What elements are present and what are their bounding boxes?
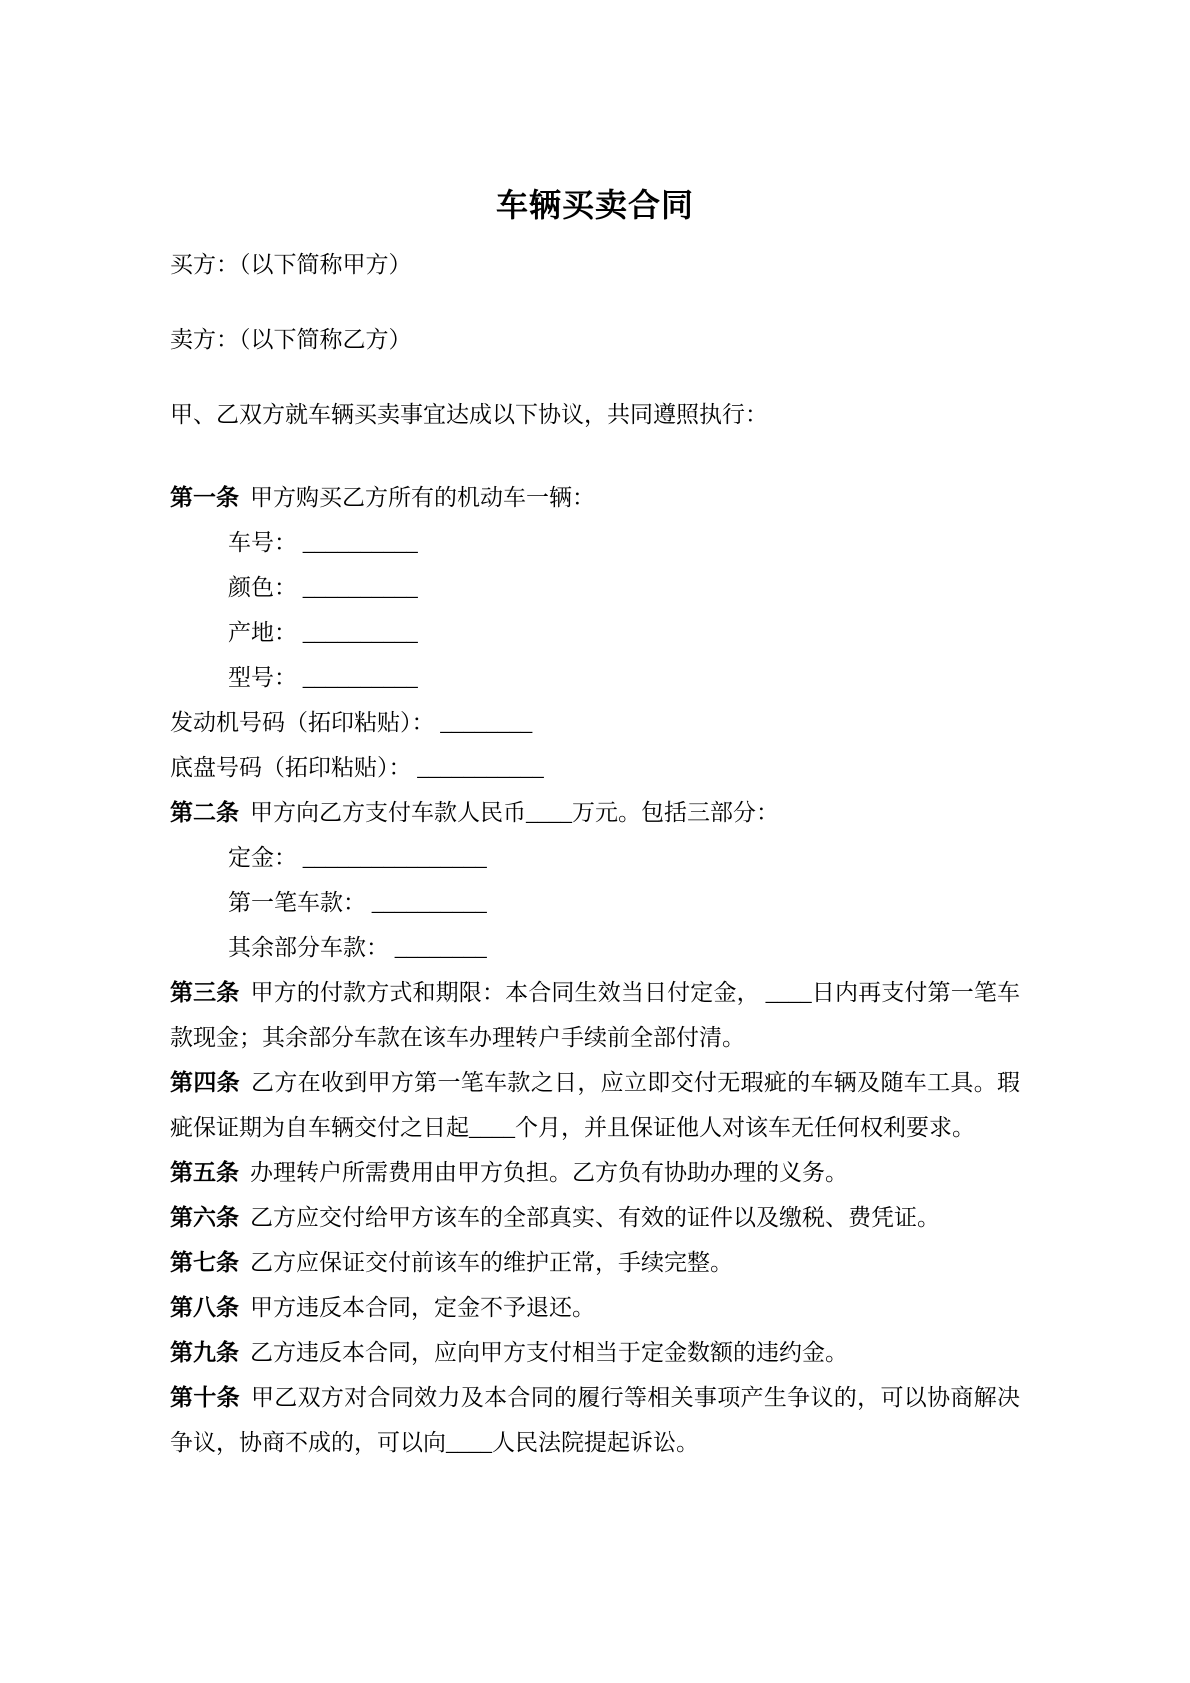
field-engine-number-text: 发动机号码（拓印粘贴）： ________ <box>170 710 532 735</box>
clause-9: 第九条乙方违反本合同，应向甲方支付相当于定金数额的违约金。 <box>170 1330 1020 1375</box>
clause-4: 第四条乙方在收到甲方第一笔车款之日，应立即交付无瑕疵的车辆及随车工具。瑕疵保证期… <box>170 1060 1020 1150</box>
document-content: 车辆买卖合同 买方：（以下简称甲方） 卖方：（以下简称乙方） 甲、乙双方就车辆买… <box>0 0 1190 1465</box>
field-first-payment: 第一笔车款： __________ <box>170 880 1020 925</box>
clause-10-head: 第十条 <box>170 1385 240 1410</box>
contract-document-page: 车辆买卖合同 买方：（以下简称甲方） 卖方：（以下简称乙方） 甲、乙双方就车辆买… <box>0 0 1190 1683</box>
field-origin-text: 产地： __________ <box>228 620 418 645</box>
field-model: 型号： __________ <box>170 655 1020 700</box>
field-remaining-payment: 其余部分车款： ________ <box>170 925 1020 970</box>
clause-3-text: 甲方的付款方式和期限：本合同生效当日付定金， ____日内再支付第一笔车款现金；… <box>170 980 1020 1050</box>
clause-1: 第一条甲方购买乙方所有的机动车一辆： <box>170 475 1020 520</box>
preamble-text: 甲、乙双方就车辆买卖事宜达成以下协议，共同遵照执行： <box>170 402 768 427</box>
clause-8-head: 第八条 <box>170 1295 239 1320</box>
clause-7-text: 乙方应保证交付前该车的维护正常，手续完整。 <box>250 1250 733 1275</box>
clause-1-text: 甲方购买乙方所有的机动车一辆： <box>250 485 595 510</box>
clause-5-text: 办理转户所需费用由甲方负担。乙方负有协助办理的义务。 <box>250 1160 848 1185</box>
clause-2-head: 第二条 <box>170 800 239 825</box>
clause-3: 第三条甲方的付款方式和期限：本合同生效当日付定金， ____日内再支付第一笔车款… <box>170 970 1020 1060</box>
clause-6-text: 乙方应交付给甲方该车的全部真实、有效的证件以及缴税、费凭证。 <box>250 1205 940 1230</box>
field-engine-number: 发动机号码（拓印粘贴）： ________ <box>170 700 1020 745</box>
contract-title: 车辆买卖合同 <box>170 187 1020 223</box>
clause-8-text: 甲方违反本合同，定金不予退还。 <box>250 1295 595 1320</box>
clause-9-text: 乙方违反本合同，应向甲方支付相当于定金数额的违约金。 <box>250 1340 848 1365</box>
clause-2: 第二条甲方向乙方支付车款人民币____万元。包括三部分： <box>170 790 1020 835</box>
clause-4-text: 乙方在收到甲方第一笔车款之日，应立即交付无瑕疵的车辆及随车工具。瑕疵保证期为自车… <box>170 1070 1020 1140</box>
seller-line: 卖方：（以下简称乙方） <box>170 317 1020 362</box>
clause-3-head: 第三条 <box>170 980 239 1005</box>
field-deposit-text: 定金： ________________ <box>228 845 487 870</box>
clause-9-head: 第九条 <box>170 1340 239 1365</box>
clause-8: 第八条甲方违反本合同，定金不予退还。 <box>170 1285 1020 1330</box>
clause-5-head: 第五条 <box>170 1160 239 1185</box>
field-deposit: 定金： ________________ <box>170 835 1020 880</box>
field-model-text: 型号： __________ <box>228 665 418 690</box>
buyer-line-text: 买方：（以下简称甲方） <box>170 252 412 277</box>
buyer-line: 买方：（以下简称甲方） <box>170 242 1020 287</box>
clause-2-text: 甲方向乙方支付车款人民币____万元。包括三部分： <box>250 800 779 825</box>
field-chassis-number-text: 底盘号码（拓印粘贴）： ___________ <box>170 755 544 780</box>
clause-5: 第五条办理转户所需费用由甲方负担。乙方负有协助办理的义务。 <box>170 1150 1020 1195</box>
field-first-payment-text: 第一笔车款： __________ <box>228 890 487 915</box>
field-chassis-number: 底盘号码（拓印粘贴）： ___________ <box>170 745 1020 790</box>
field-plate-number-text: 车号： __________ <box>228 530 418 555</box>
field-plate-number: 车号： __________ <box>170 520 1020 565</box>
clause-1-head: 第一条 <box>170 485 239 510</box>
preamble: 甲、乙双方就车辆买卖事宜达成以下协议，共同遵照执行： <box>170 392 1020 437</box>
field-color-text: 颜色： __________ <box>228 575 418 600</box>
clause-6: 第六条乙方应交付给甲方该车的全部真实、有效的证件以及缴税、费凭证。 <box>170 1195 1020 1240</box>
clause-4-head: 第四条 <box>170 1070 240 1095</box>
field-origin: 产地： __________ <box>170 610 1020 655</box>
clause-7: 第七条乙方应保证交付前该车的维护正常，手续完整。 <box>170 1240 1020 1285</box>
seller-line-text: 卖方：（以下简称乙方） <box>170 327 412 352</box>
clause-10: 第十条甲乙双方对合同效力及本合同的履行等相关事项产生争议的，可以协商解决争议，协… <box>170 1375 1020 1465</box>
clause-7-head: 第七条 <box>170 1250 239 1275</box>
clause-10-text: 甲乙双方对合同效力及本合同的履行等相关事项产生争议的，可以协商解决争议，协商不成… <box>170 1385 1020 1455</box>
field-color: 颜色： __________ <box>170 565 1020 610</box>
clause-6-head: 第六条 <box>170 1205 239 1230</box>
field-remaining-payment-text: 其余部分车款： ________ <box>228 935 487 960</box>
